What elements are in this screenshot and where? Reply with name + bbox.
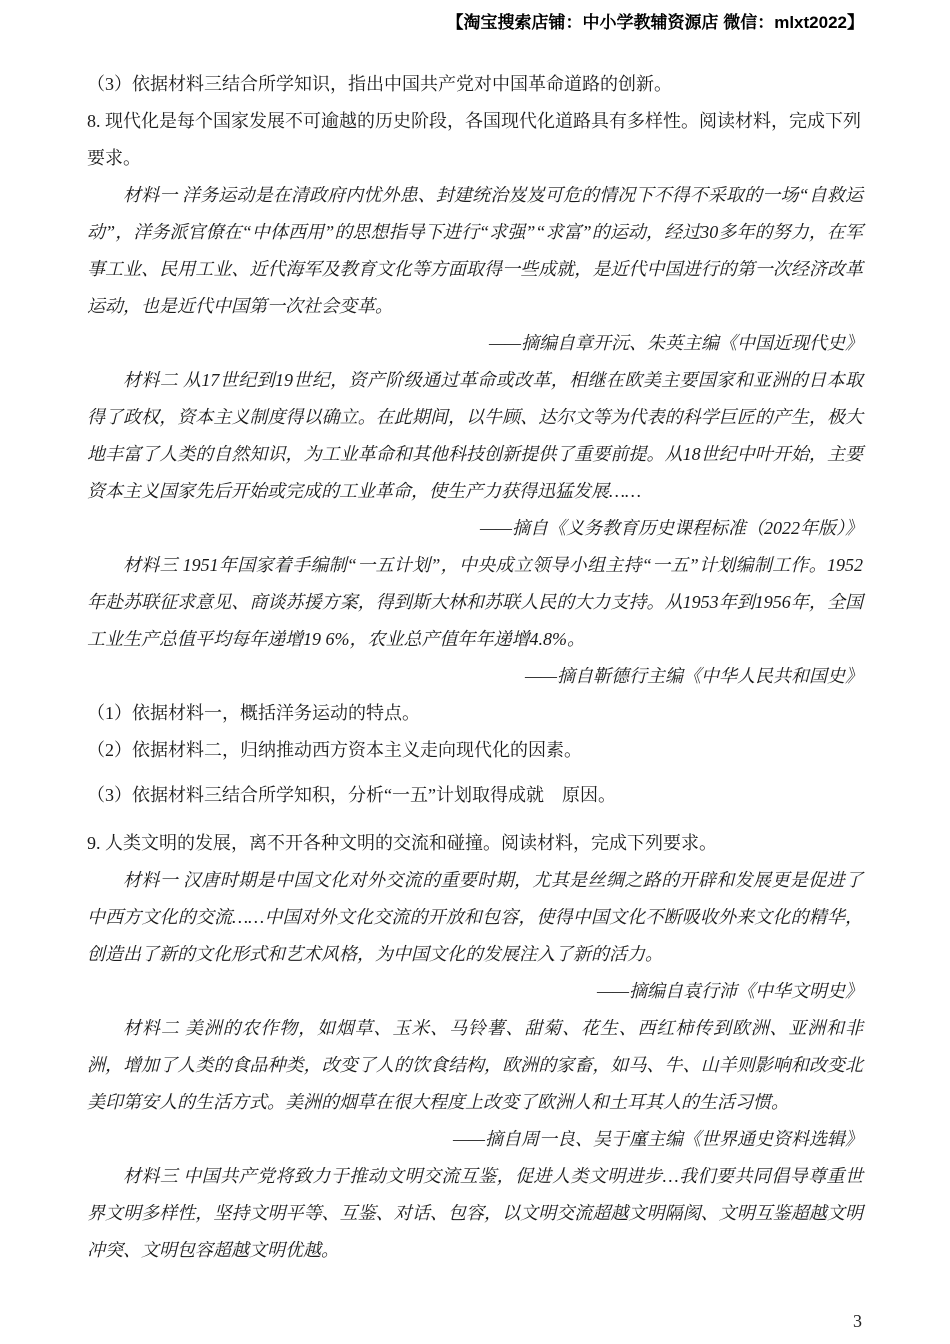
q8-stem: 8. 现代化是每个国家发展不可逾越的历史阶段，各国现代化道路具有多样性。阅读材料… — [87, 103, 863, 177]
q7-subquestion-3: （3）依据材料三结合所学知识，指出中国共产党对中国革命道路的创新。 — [87, 66, 863, 103]
q8-material-1: 材料一 洋务运动是在清政府内忧外患、封建统治岌岌可危的情况下不得不采取的一场“自… — [87, 177, 863, 325]
q8-material-2-source: ——摘自《义务教育历史课程标准（2022年版）》 — [87, 510, 863, 547]
q8-subquestion-1: （1）依据材料一，概括洋务运动的特点。 — [87, 695, 863, 732]
q9-material-1: 材料一 汉唐时期是中国文化对外交流的重要时期，尤其是丝绸之路的开辟和发展更是促进… — [87, 862, 863, 973]
q8-subquestion-3: （3）依据材料三结合所学知积，分析“一五”计划取得成就 原因。 — [87, 777, 863, 814]
page-number: 3 — [853, 1311, 862, 1332]
q8-material-1-source: ——摘编自章开沅、朱英主编《中国近现代史》 — [87, 325, 863, 362]
q9-material-2-source: ——摘自周一良、吴于廑主编《世界通史资料选辑》 — [87, 1121, 863, 1158]
document-body: （3）依据材料三结合所学知识，指出中国共产党对中国革命道路的创新。 8. 现代化… — [87, 66, 863, 1269]
q9-material-3: 材料三 中国共产党将致力于推动文明交流互鉴，促进人类文明进步…我们要共同倡导尊重… — [87, 1158, 863, 1269]
q9-stem: 9. 人类文明的发展，离不开各种文明的交流和碰撞。阅读材料，完成下列要求。 — [87, 825, 863, 862]
q8-material-2: 材料二 从17世纪到19世纪，资产阶级通过革命或改革，相继在欧美主要国家和亚洲的… — [87, 362, 863, 510]
q8-subquestion-2: （2）依据材料二，归纳推动西方资本主义走向现代化的因素。 — [87, 732, 863, 769]
q8-material-3-source: ——摘自靳德行主编《中华人民共和国史》 — [87, 658, 863, 695]
q9-material-1-source: ——摘编自袁行沛《中华文明史》 — [87, 973, 863, 1010]
shop-banner: 【淘宝搜索店铺：中小学教辅资源店 微信：mlxt2022】 — [447, 8, 865, 33]
q9-material-2: 材料二 美洲的农作物，如烟草、玉米、马铃薯、甜菊、花生、西红柿传到欧洲、亚洲和非… — [87, 1010, 863, 1121]
q8-material-3: 材料三 1951年国家着手编制“一五计划”，中央成立领导小组主持“一五”计划编制… — [87, 547, 863, 658]
document-page: 【淘宝搜索店铺：中小学教辅资源店 微信：mlxt2022】 （3）依据材料三结合… — [0, 0, 950, 1344]
